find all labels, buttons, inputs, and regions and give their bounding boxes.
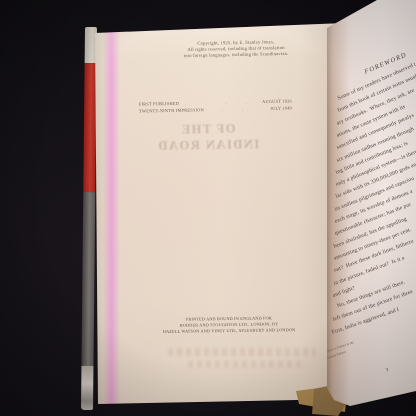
- show-through-smudge: [168, 348, 316, 356]
- dot-leader: . . . .: [179, 98, 262, 107]
- book-spine-edge: [81, 27, 97, 410]
- book-cover-grey-edge: [81, 192, 95, 366]
- dust-jacket-red-band: [83, 63, 96, 192]
- first-published-date: AUGUST 1926: [262, 97, 292, 105]
- printer-line: HAZELL WATSON AND VINEY LTD., AYLESBURY …: [147, 327, 311, 335]
- show-through-smudge: [188, 361, 306, 368]
- dot-leader: . .: [204, 105, 270, 114]
- printer-line: HODDER AND STOUGHTON LTD., LONDON, BY: [147, 321, 311, 329]
- copyright-line: All rights reserved, including that of t…: [175, 45, 297, 54]
- impression-label: TWENTY-NINTH IMPRESSION: [139, 107, 204, 116]
- publication-history: FIRST PUBLISHED . . . . AUGUST 1926 TWEN…: [139, 97, 292, 115]
- publication-row: FIRST PUBLISHED . . . . AUGUST 1926: [139, 97, 292, 108]
- ghost-title-line: OF THE: [148, 120, 268, 138]
- printer-line: PRINTED AND BOUND IN ENGLAND FOR: [147, 315, 311, 323]
- book-cover-worn-edge: [81, 366, 93, 410]
- copyright-line: into foreign languages, including the Sc…: [175, 51, 297, 60]
- ghost-title-line: INDIAN ROAD: [148, 136, 268, 154]
- printer-imprint: PRINTED AND BOUND IN ENGLAND FORHODDER A…: [147, 315, 311, 335]
- copyright-notice: Copyright, 1925, by E. Stanley Jones,All…: [175, 39, 297, 60]
- impression-date: JULY 1949: [270, 105, 292, 113]
- copyright-line: Copyright, 1925, by E. Stanley Jones,: [175, 39, 297, 48]
- publication-row: TWENTY-NINTH IMPRESSION . . JULY 1949: [139, 105, 292, 116]
- ghost-title-showthrough: OF THEINDIAN ROAD: [148, 120, 269, 154]
- page-number: 3: [385, 368, 389, 373]
- photo-of-open-book: Copyright, 1925, by E. Stanley Jones,All…: [0, 0, 416, 416]
- first-published-label: FIRST PUBLISHED: [139, 100, 179, 108]
